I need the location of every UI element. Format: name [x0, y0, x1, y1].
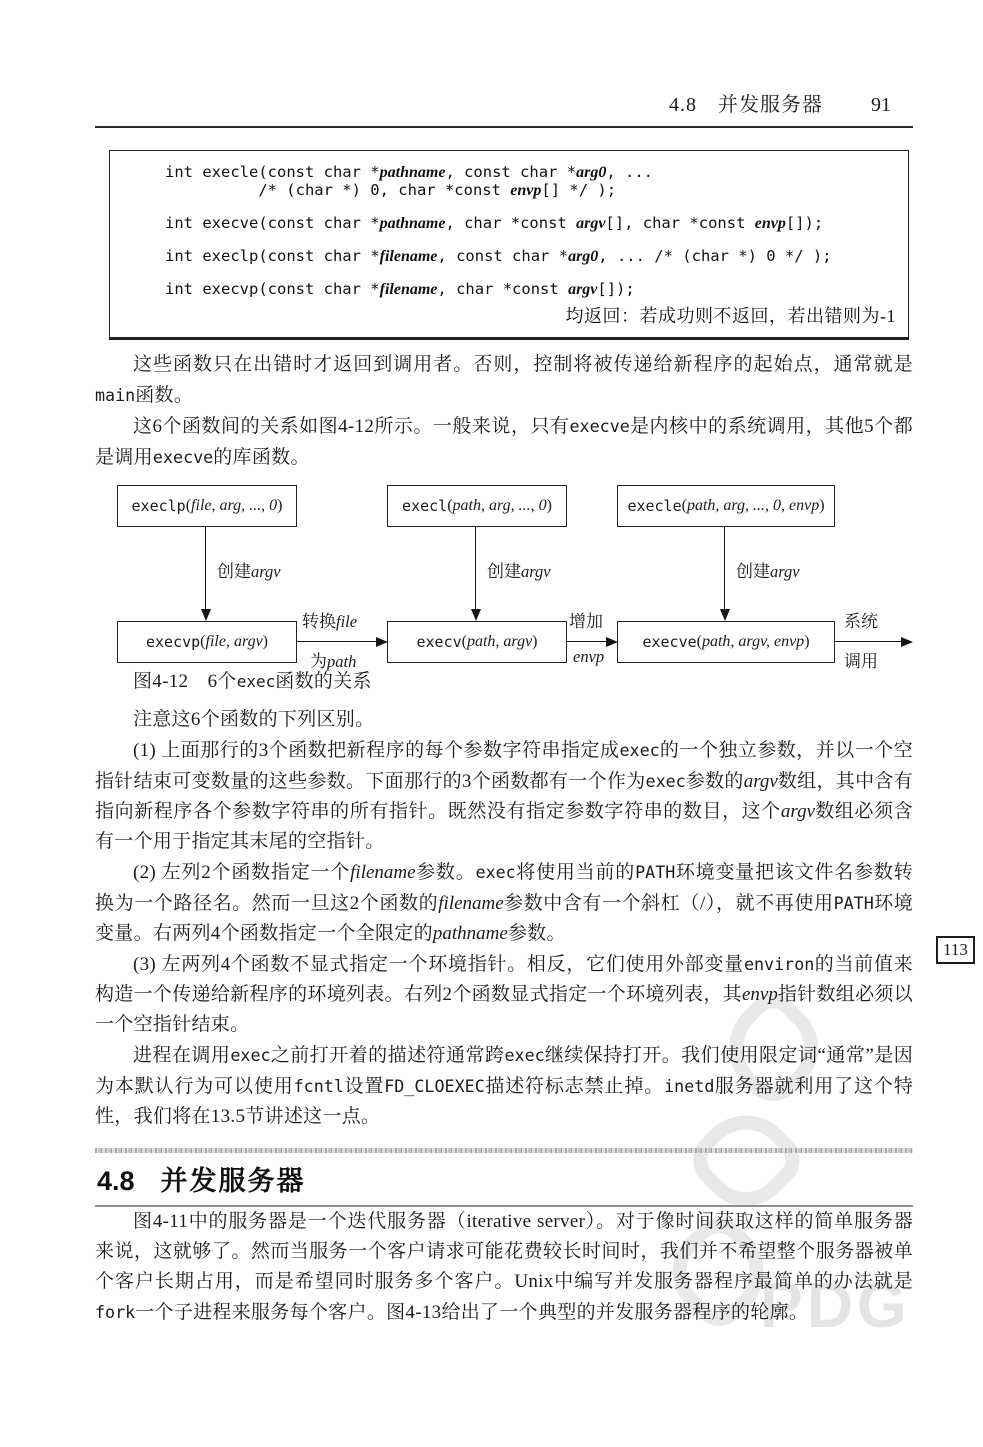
arrow-execl-to-execv	[475, 527, 476, 609]
code-line-execvp: int execvp(const char *filename, char *c…	[165, 280, 896, 298]
code-line-execle-cont: /* (char *) 0, char *const envp[] */ );	[165, 181, 896, 199]
label-to-path: 为path	[310, 647, 356, 672]
margin-page-marker: 113	[936, 936, 975, 964]
body-text: 这些函数只在出错时才返回到调用者。否则，控制将被传递给新程序的起始点，通常就是m…	[95, 350, 913, 1328]
paragraph-difference-2: (2) 左列2个函数指定一个filename参数。exec将使用当前的PATH环…	[95, 857, 913, 949]
arrow-execlp-to-execvp	[205, 527, 206, 609]
section-heading: 4.8并发服务器	[97, 1165, 913, 1197]
code-line-execlp: int execlp(const char *filename, const c…	[165, 247, 896, 265]
function-prototype-box: int execle(const char *pathname, const c…	[109, 150, 909, 340]
arrow-execve-syscall	[834, 641, 902, 642]
arrowhead-execl-to-execv	[471, 609, 481, 621]
label-system: 系统	[844, 607, 878, 632]
fig-box-execle: execle(path, arg, ..., 0, envp)	[617, 485, 835, 527]
label-create-argv-1: 创建argv	[217, 557, 281, 582]
book-page: PDG 113 4.8 并发服务器91 int execle(const cha…	[0, 0, 983, 1447]
paragraph-note: 注意这6个函数的下列区别。	[95, 705, 913, 735]
arrow-execv-to-execve	[566, 641, 607, 642]
arrowhead-execve-syscall	[901, 637, 913, 647]
fig-box-execvp: execvp(file, argv)	[117, 621, 297, 663]
page-content: 4.8 并发服务器91 int execle(const char *pathn…	[95, 0, 913, 1328]
fig-box-execl: execl(path, arg, ..., 0)	[387, 485, 567, 527]
running-head-page-number: 91	[871, 94, 891, 116]
paragraph-concurrent-server: 图4-11中的服务器是一个迭代服务器（iterative server）。对于像…	[95, 1207, 913, 1328]
arrow-execle-to-execve	[724, 527, 725, 609]
paragraph-return-behavior: 这些函数只在出错时才返回到调用者。否则，控制将被传递给新程序的起始点，通常就是m…	[95, 350, 913, 411]
label-convert-file: 转换file	[302, 607, 357, 632]
paragraph-difference-1: (1) 上面那行的3个函数把新程序的每个参数字符串指定成exec的一个独立参数，…	[95, 735, 913, 857]
label-envp: envp	[573, 647, 604, 667]
label-add: 增加	[569, 607, 603, 632]
arrowhead-execvp-to-execv	[376, 637, 388, 647]
fig-box-execlp: execlp(file, arg, ..., 0)	[117, 485, 297, 527]
paragraph-descriptors: 进程在调用exec之前打开着的描述符通常跨exec继续保持打开。我们使用限定词“…	[95, 1040, 913, 1132]
figure-4-12-diagram: execlp(file, arg, ..., 0) execl(path, ar…	[95, 481, 913, 667]
arrowhead-execlp-to-execvp	[201, 609, 211, 621]
label-create-argv-3: 创建argv	[736, 557, 800, 582]
fig-box-execve: execve(path, argv, envp)	[617, 621, 835, 663]
paragraph-difference-3: (3) 左两列4个函数不显式指定一个环境指针。相反，它们使用外部变量enviro…	[95, 949, 913, 1040]
running-head-rule	[95, 126, 913, 128]
paragraph-relationship: 这6个函数间的关系如图4-12所示。一般来说，只有execve是内核中的系统调用…	[95, 411, 913, 473]
section-number: 4.8	[97, 1166, 135, 1196]
code-return-note: 均返回：若成功则不返回，若出错则为-1	[165, 303, 896, 329]
fig-box-execv: execv(path, argv)	[387, 621, 567, 663]
arrowhead-execle-to-execve	[720, 609, 730, 621]
code-line-execle: int execle(const char *pathname, const c…	[165, 163, 896, 181]
code-line-execve: int execve(const char *pathname, char *c…	[165, 214, 896, 232]
arrow-execvp-to-execv	[296, 641, 377, 642]
section-title: 并发服务器	[161, 1166, 306, 1196]
running-head-section: 4.8 并发服务器	[669, 94, 823, 116]
label-create-argv-2: 创建argv	[487, 557, 551, 582]
figure-caption: 图4-12 6个exec函数的关系	[95, 667, 913, 697]
section-heading-block: 4.8并发服务器	[95, 1148, 913, 1207]
running-head: 4.8 并发服务器91	[95, 0, 913, 117]
arrowhead-execv-to-execve	[606, 637, 618, 647]
section-heading-band	[95, 1148, 913, 1153]
label-call: 调用	[844, 647, 878, 672]
